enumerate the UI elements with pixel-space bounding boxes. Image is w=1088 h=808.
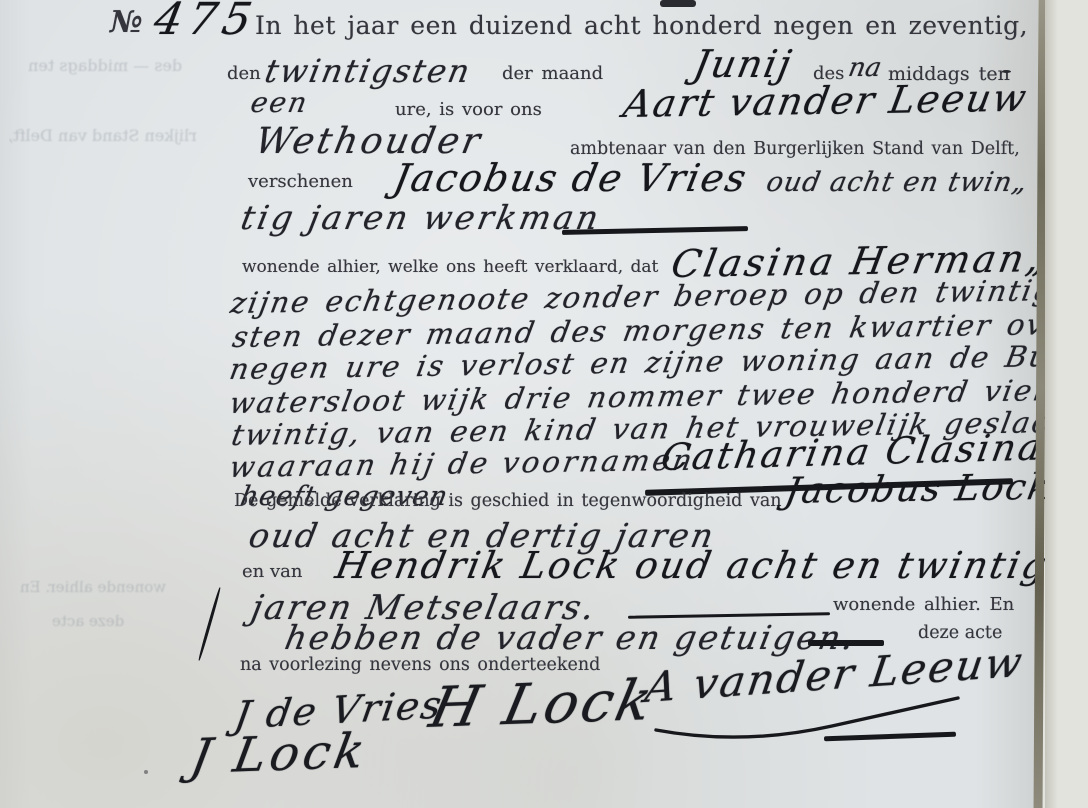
bleedthrough-text: des — middags ten	[28, 56, 182, 75]
act-number-value: 475	[150, 0, 261, 44]
declarant-age-start: oud acht en twin„	[764, 168, 1030, 198]
filler-dash-thick	[808, 640, 884, 646]
bleedthrough-text: wonende alhier. En	[20, 578, 166, 596]
declarant-name-handwritten: Jacobus de Vries	[390, 158, 751, 200]
scanned-register-page: des — middags ten rlijken Stand van Delf…	[0, 0, 1088, 808]
adjacent-page	[1045, 0, 1088, 808]
witness2-line-handwritten: Hendrik Lock oud acht en twintig	[332, 546, 1052, 587]
signature-witness-large: H Lock	[424, 668, 661, 741]
printed-den: den	[227, 64, 261, 84]
signature-witness-left: J Lock	[186, 723, 372, 785]
printed-witness-intro: De gemelde verklaring is geschied in teg…	[234, 492, 782, 511]
bleedthrough-text: deze acte	[52, 612, 124, 630]
witness1-name-handwritten: Jacobus Lock	[782, 468, 1055, 512]
printed-en-van: en van	[242, 562, 302, 582]
ink-mark-top-edge	[660, 0, 696, 7]
official-name-handwritten: Aart vander Leeuw	[620, 78, 1031, 126]
bleedthrough-text: rlijken Stand van Delft,	[8, 126, 197, 145]
printed-der-maand: der maand	[502, 64, 603, 84]
closing-handwritten: hebben de vader en getuigen.	[282, 620, 859, 656]
printed-wonende-alhier-en: wonende alhier. En	[833, 595, 1014, 615]
ink-speck	[144, 770, 148, 774]
opening-year-line: In het jaar een duizend acht honderd neg…	[255, 12, 1028, 40]
printed-verschenen: verschenen	[248, 172, 353, 192]
printed-ure-voor-ons: ure, is voor ons	[395, 100, 542, 120]
ink-speck	[1002, 70, 1011, 73]
handwritten-hour: een	[248, 88, 311, 119]
printed-wonende-alhier: wonende alhier, welke ons heeft verklaar…	[242, 258, 658, 277]
declarant-age-end: tig jaren werkman	[238, 200, 604, 236]
act-number-label: №	[110, 6, 143, 39]
handwritten-day: twintigsten	[262, 54, 474, 89]
